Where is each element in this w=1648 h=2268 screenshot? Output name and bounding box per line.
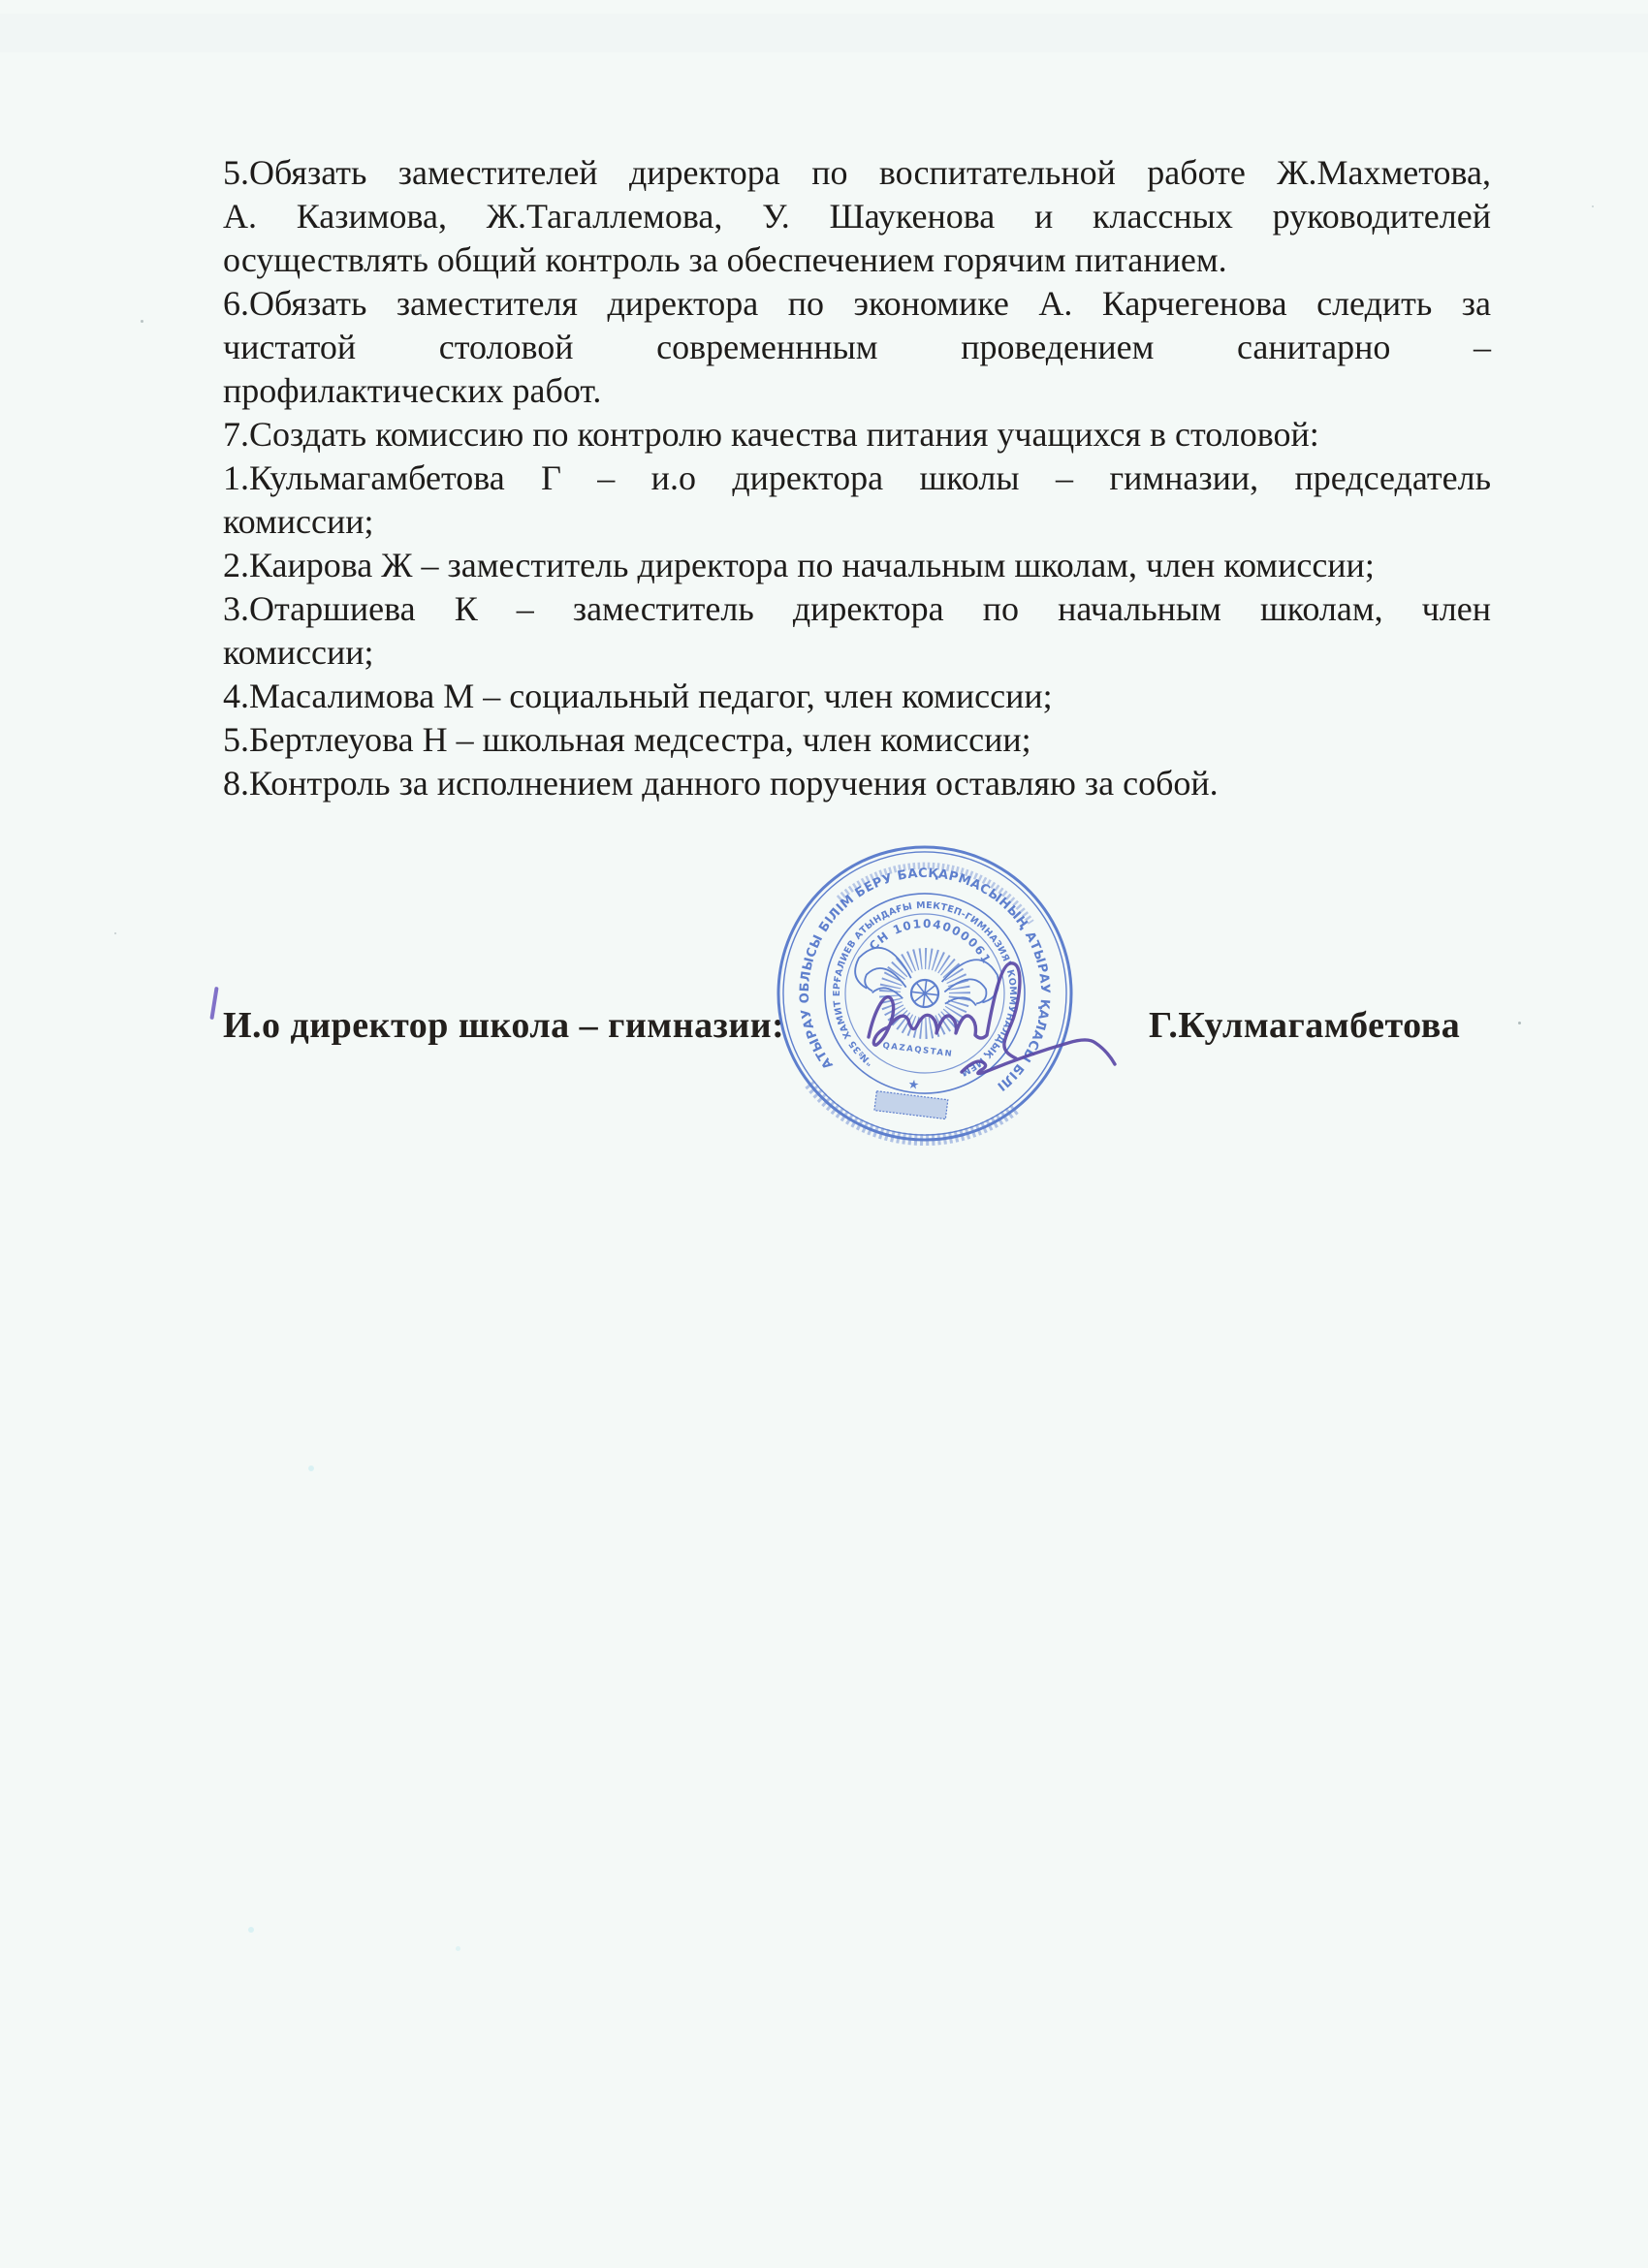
text-line: комиссии;	[223, 631, 1491, 675]
text-line: 2.Каирова Ж – заместитель директора по н…	[223, 544, 1491, 587]
scan-speckle	[456, 1946, 460, 1951]
signatory-name: Г.Кулмагамбетова	[1149, 1004, 1460, 1047]
signature-main-stroke	[869, 963, 1020, 1058]
text-line: осуществлять общий контроль за обеспечен…	[223, 238, 1491, 282]
signatory-title: И.о директор школа – гимназии:	[223, 1004, 784, 1047]
scan-speckle	[248, 1927, 254, 1933]
text-line: 5.Обязать заместителей директора по восп…	[223, 151, 1491, 195]
scan-speckle	[141, 320, 143, 323]
text-line: 3.Отаршиева К – заместитель директора по…	[223, 587, 1491, 631]
signature-scribble-icon	[853, 950, 1144, 1095]
text-line: 7.Создать комиссию по контролю качества …	[223, 413, 1491, 457]
scanned-document-page: 5.Обязать заместителей директора по восп…	[0, 0, 1648, 2268]
signature-flourish-stroke	[962, 1040, 1115, 1074]
text-line: 4.Масалимова М – социальный педагог, чле…	[223, 675, 1491, 718]
scan-speckle	[1592, 205, 1594, 207]
scan-speckle	[114, 932, 116, 934]
scan-speckle	[308, 1465, 314, 1471]
text-line: 6.Обязать заместителя директора по эконо…	[223, 282, 1491, 326]
text-block: 5.Обязать заместителей директора по восп…	[223, 151, 1491, 805]
text-line: 1.Кульмагамбетова Г – и.о директора школ…	[223, 457, 1491, 500]
text-line: А. Казимова, Ж.Тагаллемова, У. Шаукенова…	[223, 195, 1491, 238]
text-line: профилактических работ.	[223, 369, 1491, 413]
stamp-hatch-box	[874, 1091, 948, 1119]
text-line: чистатой столовой современнным проведени…	[223, 326, 1491, 369]
text-line: комиссии;	[223, 500, 1491, 544]
text-line: 8.Контроль за исполнением данного поруче…	[223, 762, 1491, 805]
text-line: 5.Бертлеуова Н – школьная медсестра, чле…	[223, 718, 1491, 762]
